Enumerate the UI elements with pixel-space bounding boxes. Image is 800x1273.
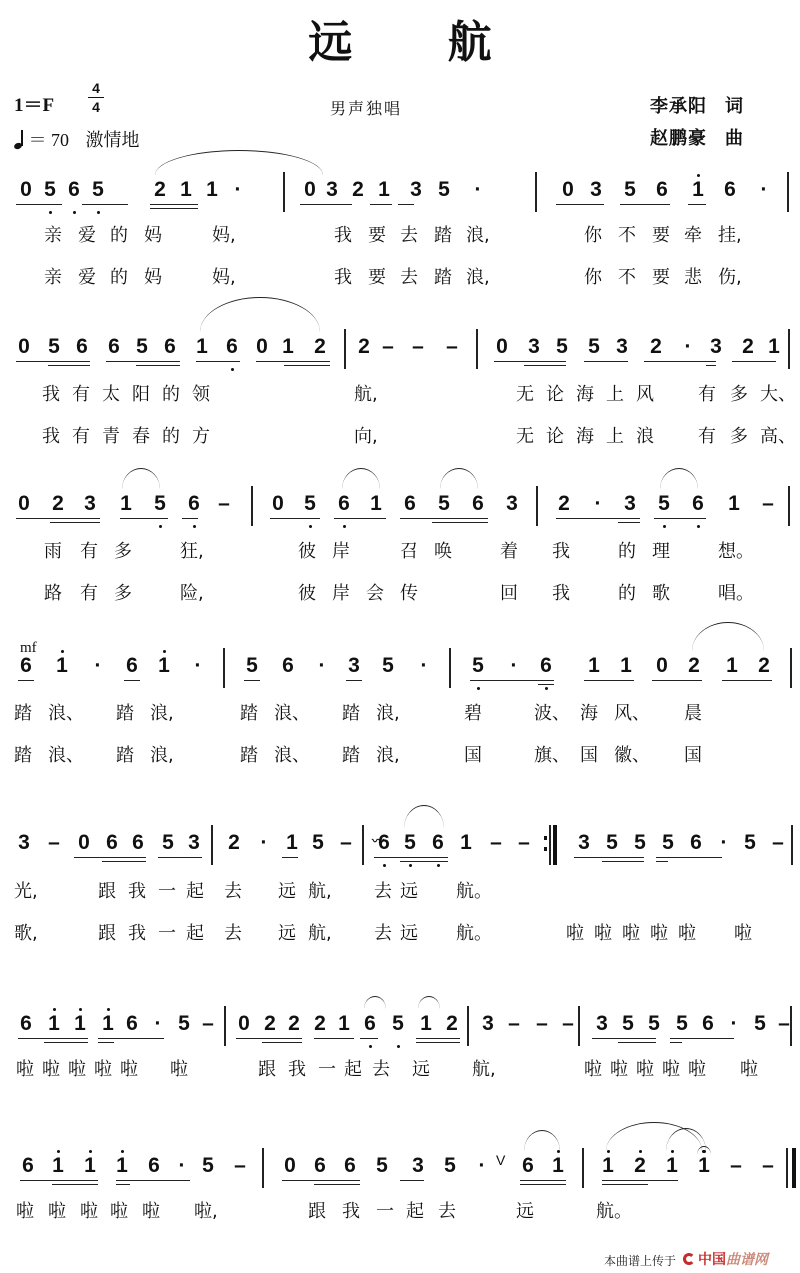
augmentation-dot: · (756, 178, 772, 202)
beam-underline (102, 861, 146, 862)
lyric-char: 啦 (94, 1059, 112, 1081)
lyric-char: 的 (162, 384, 180, 406)
tempo-value: ＝ 70 (29, 130, 70, 150)
beam-underline (44, 1042, 88, 1043)
lyric-char: 多 (114, 541, 132, 563)
beam-underline (116, 1180, 190, 1181)
lyric-char: 彼 (298, 583, 316, 605)
beam-underline (150, 204, 198, 205)
barline (344, 329, 346, 369)
lyric-char: 国 (580, 745, 598, 767)
note: 3 (410, 1154, 426, 1178)
note: 1 (50, 1154, 66, 1178)
slur-tie (524, 1130, 560, 1151)
augmentation-dot: · (150, 1012, 166, 1036)
lyric-char: 理 (652, 541, 670, 563)
beam-underline (398, 204, 414, 205)
note: 1 (114, 1154, 130, 1178)
note: 6 (654, 178, 670, 202)
note: 2 (226, 831, 242, 855)
lyric-char: 啦 (662, 1059, 680, 1081)
lyric-char: 要 (652, 225, 670, 247)
note: 5 (374, 1154, 390, 1178)
expression-marking: 激情地 (86, 130, 140, 150)
note: 6 (520, 1154, 536, 1178)
note: 6 (312, 1154, 328, 1178)
note: 6 (700, 1012, 716, 1036)
beam-underline (18, 680, 34, 681)
note: 6 (146, 1154, 162, 1178)
lyric-char: 我 (128, 881, 146, 903)
barline (787, 172, 789, 212)
barline (788, 329, 790, 369)
lyric-char: 爱 (78, 267, 96, 289)
sustain-dash: – (216, 492, 232, 516)
beam-underline (602, 1184, 648, 1185)
beam-underline (314, 1038, 354, 1039)
note: 6 (162, 335, 178, 359)
sustain-dash: – (232, 1154, 248, 1178)
lyric-char: 起 (406, 1201, 424, 1223)
beam-underline (120, 518, 168, 519)
beam-underline (520, 1184, 566, 1185)
note: 5 (470, 654, 486, 678)
lyric-char: 亲 (44, 267, 62, 289)
lyric-char: 光, (14, 881, 38, 903)
augmentation-dot: · (506, 654, 522, 678)
note: 6 (224, 335, 240, 359)
breath-mark-icon: V (496, 1152, 505, 1168)
note: 5 (152, 492, 168, 516)
augmentation-dot: · (726, 1012, 742, 1036)
note: 6 (74, 335, 90, 359)
final-barline (792, 1148, 796, 1188)
beam-underline (602, 1180, 678, 1181)
lyric-char: 航, (308, 881, 332, 903)
lyric-char: 跟 (98, 923, 116, 945)
barline (223, 648, 225, 688)
note: 5 (436, 492, 452, 516)
note: 3 (504, 492, 520, 516)
note: 5 (436, 178, 452, 202)
beam-underline (270, 518, 320, 519)
slur-tie (122, 468, 160, 489)
note: 5 (402, 831, 418, 855)
note: 6 (538, 654, 554, 678)
lyric-char: 岸 (332, 541, 350, 563)
beam-underline (644, 361, 716, 362)
lyric-char: 我 (128, 923, 146, 945)
augmentation-dot: · (256, 831, 272, 855)
note: 6 (18, 1012, 34, 1036)
slur-tie (660, 468, 698, 489)
barline (791, 825, 793, 865)
lyric-char: 大、 (760, 384, 796, 406)
note: 2 (740, 335, 756, 359)
note: 5 (752, 1012, 768, 1036)
lyric-char: 浪, (150, 745, 174, 767)
lyric-char: 要 (368, 225, 386, 247)
lyric-char: 踏 (14, 703, 32, 725)
time-signature-bottom: 4 (92, 99, 100, 115)
lyric-char: 旗、 (534, 745, 570, 767)
lyric-char: 起 (186, 881, 204, 903)
lyric-char: 牵 (684, 225, 702, 247)
augmentation-dot: · (190, 654, 206, 678)
lyric-char: 妈 (144, 225, 162, 247)
barline (467, 1006, 469, 1046)
note: 3 (708, 335, 724, 359)
lyric-char: 彼 (298, 541, 316, 563)
lyric-char: 一 (318, 1059, 336, 1081)
note: 6 (362, 1012, 378, 1036)
beam-underline (400, 1180, 424, 1181)
note: 2 (756, 654, 772, 678)
lyric-char: 爱 (78, 225, 96, 247)
lyric-char: 歌, (14, 923, 38, 945)
beam-underline (282, 1180, 360, 1181)
sustain-dash: – (380, 335, 396, 359)
lyric-char: 唤 (434, 541, 452, 563)
note: 1 (600, 1154, 616, 1178)
lyric-char: 狂, (180, 541, 204, 563)
lyricist-name: 李承阳 (650, 96, 707, 117)
note: 1 (458, 831, 474, 855)
sustain-dash: – (200, 1012, 216, 1036)
lyric-char: 浪、 (274, 703, 310, 725)
augmentation-dot: · (416, 654, 432, 678)
beam-underline (556, 204, 604, 205)
lyric-char: 踏 (434, 225, 452, 247)
note: 5 (620, 1012, 636, 1036)
lyric-char: 远 (278, 881, 296, 903)
augmentation-dot: · (230, 178, 246, 202)
note: 1 (550, 1154, 566, 1178)
note: 5 (134, 335, 150, 359)
lyric-char: 的 (162, 426, 180, 448)
beam-underline (150, 208, 198, 209)
lyric-char: 海 (576, 384, 594, 406)
beam-underline (314, 1184, 360, 1185)
note: 0 (282, 1154, 298, 1178)
beam-underline (592, 1038, 656, 1039)
composer-role: 曲 (725, 128, 744, 149)
lyric-char: 论 (546, 384, 564, 406)
note: 6 (280, 654, 296, 678)
note: 5 (380, 654, 396, 678)
note: 3 (480, 1012, 496, 1036)
note: 1 (82, 1154, 98, 1178)
sustain-dash: – (760, 492, 776, 516)
beam-underline (524, 365, 566, 366)
lyric-char: 踏 (240, 745, 258, 767)
note: 3 (324, 178, 340, 202)
beam-underline (116, 1184, 130, 1185)
note: 3 (186, 831, 202, 855)
lyric-char: 我 (552, 583, 570, 605)
lyric-char: 一 (376, 1201, 394, 1223)
beam-underline (82, 204, 128, 205)
beam-underline (654, 518, 706, 519)
lyric-char: 去 (400, 267, 418, 289)
lyric-char: 无 (516, 384, 534, 406)
lyric-char: 远 (412, 1059, 430, 1081)
lyric-char: 无 (516, 426, 534, 448)
beam-underline (656, 861, 668, 862)
lyric-char: 险, (180, 583, 204, 605)
lyric-char: 歌 (652, 583, 670, 605)
lyric-char: 风 (636, 384, 654, 406)
lyric-char: 岸 (332, 583, 350, 605)
note: 1 (54, 654, 70, 678)
beam-underline (370, 204, 392, 205)
note: 5 (310, 831, 326, 855)
note: 0 (76, 831, 92, 855)
lyric-char: 浪 (636, 426, 654, 448)
beam-underline (416, 1038, 460, 1039)
note: 0 (236, 1012, 252, 1036)
note: 5 (554, 335, 570, 359)
lyric-char: 去 (372, 1059, 390, 1081)
lyric-char: 啦 (142, 1201, 160, 1223)
note: 1 (100, 1012, 116, 1036)
barline (362, 825, 364, 865)
lyric-char: 海 (580, 703, 598, 725)
note: 3 (614, 335, 630, 359)
site-name-part2: 曲谱网 (726, 1249, 768, 1269)
note: 5 (586, 335, 602, 359)
note: 2 (262, 1012, 278, 1036)
barline (536, 486, 538, 526)
lyric-char: 啦 (734, 923, 752, 945)
note: 5 (200, 1154, 216, 1178)
lyric-char: 远 (400, 923, 418, 945)
lyric-char: 一 (158, 923, 176, 945)
note: 6 (104, 831, 120, 855)
beam-underline (374, 857, 448, 858)
beam-underline (52, 1184, 98, 1185)
lyric-char: 去 (400, 225, 418, 247)
slur-tie (342, 468, 380, 489)
lyric-char: 航, (354, 384, 378, 406)
lyric-char: 啦 (170, 1059, 188, 1081)
lyric-char: 妈, (212, 225, 236, 247)
beam-underline (656, 857, 722, 858)
lyric-char: 路 (44, 583, 62, 605)
lyric-char: 有 (698, 426, 716, 448)
lyric-char: 我 (42, 384, 60, 406)
key-signature: 1＝F (14, 90, 54, 117)
beam-underline (158, 857, 202, 858)
beam-underline (182, 518, 198, 519)
slur-tie (155, 150, 323, 175)
sustain-dash: – (560, 1012, 576, 1036)
note: 6 (402, 492, 418, 516)
note: 2 (686, 654, 702, 678)
beam-underline (400, 861, 448, 862)
note: 6 (66, 178, 82, 202)
barline (549, 825, 551, 865)
beam-underline (284, 365, 330, 366)
lyric-char: 方 (192, 426, 210, 448)
lyric-char: 风、 (614, 703, 650, 725)
note: 0 (254, 335, 270, 359)
augmentation-dot: · (314, 654, 330, 678)
lyric-char: 浪、 (48, 703, 84, 725)
beam-underline (50, 522, 100, 523)
lyric-char: 有 (80, 583, 98, 605)
lyric-char: 太 (102, 384, 120, 406)
note: 6 (342, 1154, 358, 1178)
beam-underline (652, 680, 702, 681)
quarter-note-icon (14, 129, 24, 149)
lyric-char: 踏 (342, 703, 360, 725)
lyric-char: 远 (400, 881, 418, 903)
time-signature-top: 4 (92, 80, 100, 96)
note: 1 (72, 1012, 88, 1036)
lyric-char: 浪, (466, 267, 490, 289)
note: 1 (724, 654, 740, 678)
lyric-char: 我 (334, 225, 352, 247)
performance-type: 男声独唱 (330, 96, 402, 119)
beam-underline (470, 680, 554, 681)
note: 2 (350, 178, 366, 202)
note: 0 (302, 178, 318, 202)
lyric-char: 啦 (68, 1059, 86, 1081)
note: 2 (312, 1012, 328, 1036)
lyric-char: 浪、 (48, 745, 84, 767)
beam-underline (706, 365, 716, 366)
note: 3 (16, 831, 32, 855)
beam-underline (16, 361, 90, 362)
lyric-char: 啦 (42, 1059, 60, 1081)
augmentation-dot: · (474, 1154, 490, 1178)
beam-underline (136, 365, 180, 366)
note: 1 (194, 335, 210, 359)
beam-underline (124, 680, 140, 681)
lyric-char: 想。 (718, 541, 754, 563)
note: 6 (690, 492, 706, 516)
sustain-dash: – (770, 831, 786, 855)
lyric-char: 远 (516, 1201, 534, 1223)
note: 3 (588, 178, 604, 202)
lyric-char: 挂, (718, 225, 742, 247)
note: 6 (186, 492, 202, 516)
barline (788, 486, 790, 526)
note: 2 (286, 1012, 302, 1036)
slur-tie (440, 468, 478, 489)
beam-underline (556, 518, 640, 519)
lyric-char: 上 (606, 426, 624, 448)
beam-underline (670, 1042, 682, 1043)
beam-underline (520, 1180, 566, 1181)
upload-notice: 本曲谱上传于 (604, 1252, 676, 1269)
lyric-char: 雨 (44, 541, 62, 563)
beam-underline (360, 1038, 378, 1039)
lyric-char: 上 (606, 384, 624, 406)
beam-underline (18, 1038, 88, 1039)
note: 2 (152, 178, 168, 202)
note: 0 (654, 654, 670, 678)
note: 6 (124, 1012, 140, 1036)
site-logo[interactable]: 中国 曲谱网 (683, 1249, 768, 1269)
beam-underline (574, 857, 644, 858)
slur-tie (200, 297, 320, 332)
slur-tie (364, 996, 386, 1009)
lyric-char: 啦 (622, 923, 640, 945)
lyric-char: 啦 (584, 1059, 602, 1081)
lyric-char: 要 (368, 267, 386, 289)
tempo-marking: ＝ 70 激情地 (14, 126, 140, 152)
lyric-char: 着 (500, 541, 518, 563)
lyric-char: 啦, (194, 1201, 218, 1223)
note: 3 (346, 654, 362, 678)
lyric-char: 啦 (110, 1201, 128, 1223)
lyric-char: 有 (80, 541, 98, 563)
lyric-char: 起 (344, 1059, 362, 1081)
lyric-char: 论 (546, 426, 564, 448)
note: 6 (124, 654, 140, 678)
note: 1 (280, 335, 296, 359)
lyric-char: 传 (400, 583, 418, 605)
note: 5 (46, 335, 62, 359)
barline (790, 648, 792, 688)
time-signature: 4 4 (88, 80, 104, 115)
lyric-char: 浪, (466, 225, 490, 247)
lyric-char: 你 (584, 225, 602, 247)
lyric-char: 晨 (684, 703, 702, 725)
note: 3 (622, 492, 638, 516)
sustain-dash: – (760, 1154, 776, 1178)
lyric-char: 跟 (308, 1201, 326, 1223)
note: 1 (336, 1012, 352, 1036)
lyric-char: 浪, (376, 703, 400, 725)
beam-underline (400, 518, 488, 519)
note: 5 (90, 178, 106, 202)
note: 3 (594, 1012, 610, 1036)
beam-underline (722, 680, 772, 681)
note: 1 (664, 1154, 680, 1178)
beam-underline (98, 1038, 164, 1039)
lyric-char: 亲 (44, 225, 62, 247)
lyric-char: 悲 (684, 267, 702, 289)
barline (535, 172, 537, 212)
note: 6 (20, 1154, 36, 1178)
note: 0 (18, 178, 34, 202)
lyric-char: 啦 (80, 1201, 98, 1223)
note: 5 (742, 831, 758, 855)
lyric-char: 踏 (116, 745, 134, 767)
lyric-char: 向, (354, 426, 378, 448)
note: 1 (368, 492, 384, 516)
lyric-char: 海 (576, 426, 594, 448)
barline (578, 1006, 580, 1046)
lyric-char: 啦 (678, 923, 696, 945)
lyric-char: 妈, (212, 267, 236, 289)
beam-underline (584, 680, 634, 681)
time-signature-divider (88, 97, 104, 98)
note: 2 (50, 492, 66, 516)
lyric-char: 的 (618, 541, 636, 563)
augmentation-dot: · (470, 178, 486, 202)
lyric-char: 啦 (566, 923, 584, 945)
note: 5 (442, 1154, 458, 1178)
lyric-char: 召 (400, 541, 418, 563)
beam-underline (256, 361, 330, 362)
augmentation-dot: · (716, 831, 732, 855)
augmentation-dot: · (174, 1154, 190, 1178)
lyric-char: 我 (552, 541, 570, 563)
